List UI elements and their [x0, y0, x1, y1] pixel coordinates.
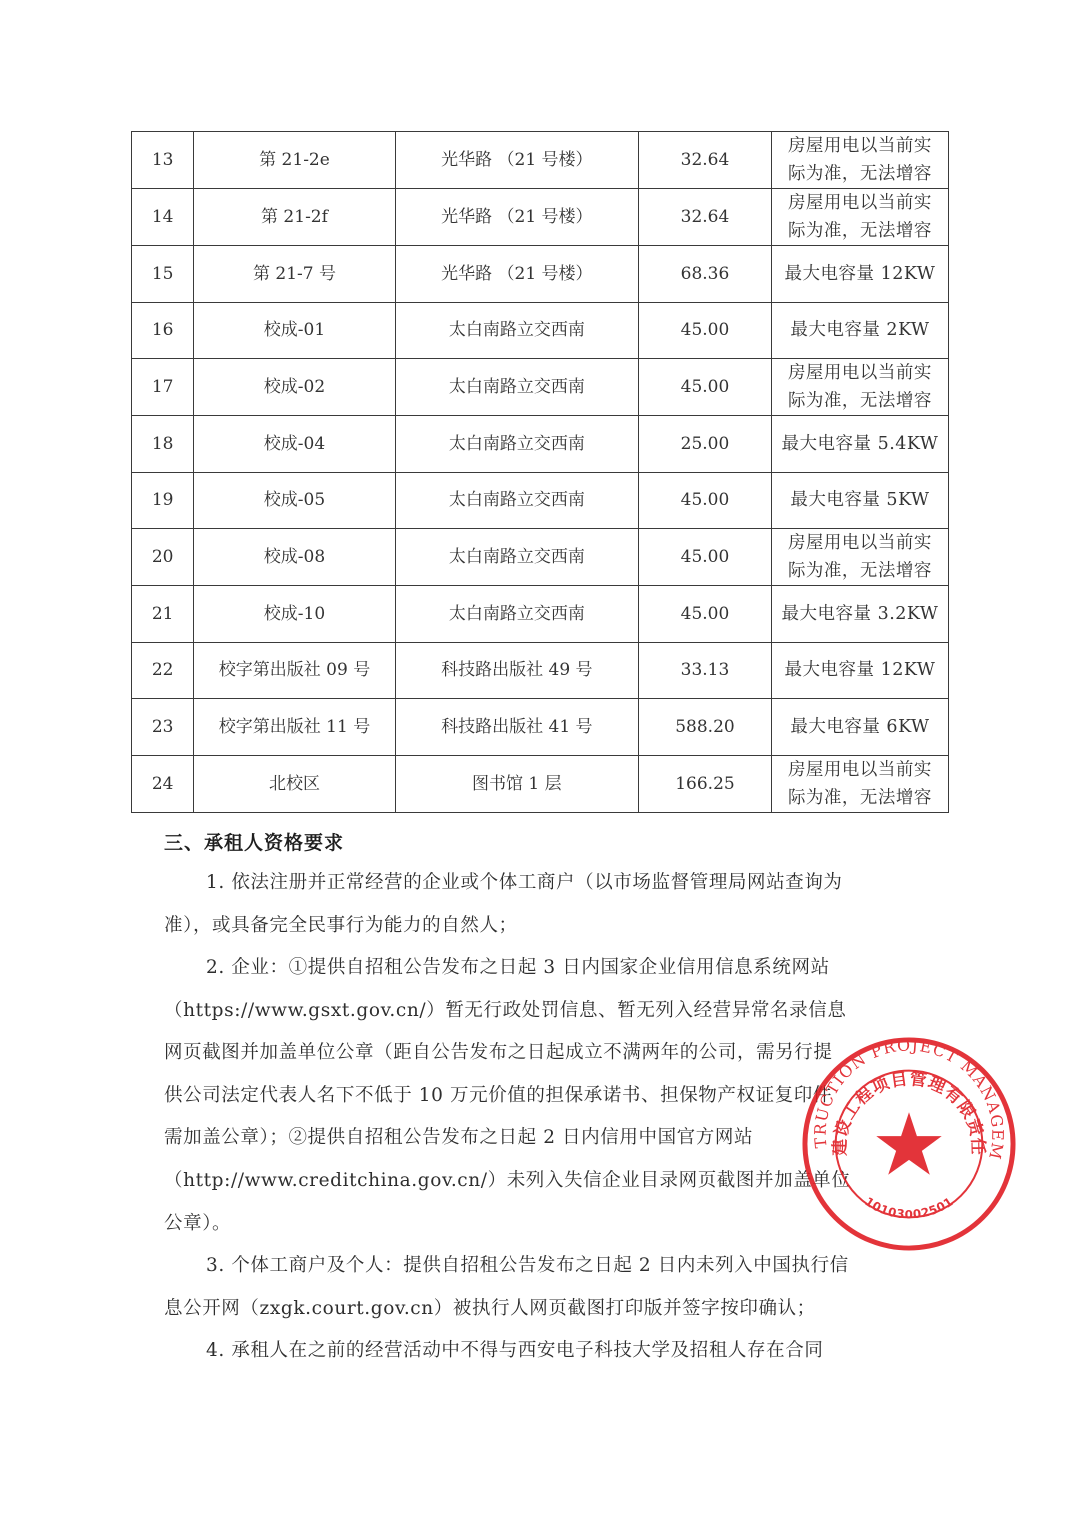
cell-no: 19 [132, 472, 194, 529]
cell-area: 68.36 [639, 246, 772, 303]
table-row: 14第 21-2f光华路 （21 号楼）32.64房屋用电以当前实际为准，无法增… [132, 189, 949, 246]
table-row: 20校成-08太白南路立交西南45.00房屋用电以当前实际为准，无法增容 [132, 529, 949, 586]
text-line: 准），或具备完全民事行为能力的自然人； [164, 905, 924, 948]
cell-power-note: 最大电容量 12KW [771, 642, 948, 699]
cell-area: 166.25 [639, 755, 772, 812]
text-line: （https://www.gsxt.gov.cn/）暂无行政处罚信息、暂无列入经… [164, 990, 924, 1033]
note-line: 最大电容量 2KW [776, 316, 944, 344]
cell-location: 光华路 （21 号楼） [395, 132, 638, 189]
property-table: 13第 21-2e光华路 （21 号楼）32.64房屋用电以当前实际为准，无法增… [131, 131, 949, 813]
cell-name: 校字第出版社 09 号 [194, 642, 395, 699]
cell-no: 16 [132, 302, 194, 359]
note-line: 最大电容量 12KW [776, 260, 944, 288]
cell-no: 23 [132, 699, 194, 756]
cell-name: 校成-10 [194, 586, 395, 643]
requirement-item: 3. 个体工商户及个人：提供自招租公告发布之日起 2 日内未列入中国执行信息公开… [164, 1245, 924, 1330]
table-row: 17校成-02太白南路立交西南45.00房屋用电以当前实际为准，无法增容 [132, 359, 949, 416]
note-line: 际为准，无法增容 [776, 217, 944, 245]
cell-location: 太白南路立交西南 [395, 359, 638, 416]
note-line: 房屋用电以当前实 [776, 529, 944, 557]
cell-no: 14 [132, 189, 194, 246]
requirement-item: 4. 承租人在之前的经营活动中不得与西安电子科技大学及招租人存在合同 [164, 1330, 924, 1373]
cell-location: 图书馆 1 层 [395, 755, 638, 812]
table-row: 21校成-10太白南路立交西南45.00最大电容量 3.2KW [132, 586, 949, 643]
text-line: 1. 依法注册并正常经营的企业或个体工商户（以市场监督管理局网站查询为 [164, 862, 924, 905]
cell-power-note: 房屋用电以当前实际为准，无法增容 [771, 189, 948, 246]
note-line: 最大电容量 12KW [776, 656, 944, 684]
cell-power-note: 房屋用电以当前实际为准，无法增容 [771, 755, 948, 812]
cell-power-note: 最大电容量 5.4KW [771, 416, 948, 473]
cell-name: 校成-04 [194, 416, 395, 473]
cell-location: 太白南路立交西南 [395, 416, 638, 473]
cell-no: 21 [132, 586, 194, 643]
cell-power-note: 房屋用电以当前实际为准，无法增容 [771, 132, 948, 189]
cell-power-note: 最大电容量 12KW [771, 246, 948, 303]
cell-name: 校成-02 [194, 359, 395, 416]
cell-area: 45.00 [639, 472, 772, 529]
cell-area: 45.00 [639, 586, 772, 643]
table-row: 23校字第出版社 11 号科技路出版社 41 号588.20最大电容量 6KW [132, 699, 949, 756]
cell-location: 太白南路立交西南 [395, 586, 638, 643]
cell-name: 北校区 [194, 755, 395, 812]
cell-area: 25.00 [639, 416, 772, 473]
table-row: 18校成-04太白南路立交西南25.00最大电容量 5.4KW [132, 416, 949, 473]
note-line: 际为准，无法增容 [776, 784, 944, 812]
text-line: 息公开网（zxgk.court.gov.cn）被执行人网页截图打印版并签字按印确… [164, 1288, 924, 1331]
table-row: 22校字第出版社 09 号科技路出版社 49 号33.13最大电容量 12KW [132, 642, 949, 699]
cell-name: 第 21-7 号 [194, 246, 395, 303]
document-page: 13第 21-2e光华路 （21 号楼）32.64房屋用电以当前实际为准，无法增… [0, 0, 1080, 1527]
cell-power-note: 房屋用电以当前实际为准，无法增容 [771, 529, 948, 586]
cell-name: 校成-01 [194, 302, 395, 359]
table-row: 13第 21-2e光华路 （21 号楼）32.64房屋用电以当前实际为准，无法增… [132, 132, 949, 189]
cell-name: 校成-08 [194, 529, 395, 586]
note-line: 房屋用电以当前实 [776, 359, 944, 387]
cell-name: 校字第出版社 11 号 [194, 699, 395, 756]
note-line: 最大电容量 3.2KW [776, 600, 944, 628]
cell-area: 32.64 [639, 189, 772, 246]
cell-no: 18 [132, 416, 194, 473]
section-title: 三、承租人资格要求 [164, 828, 344, 855]
note-line: 际为准，无法增容 [776, 160, 944, 188]
cell-location: 科技路出版社 41 号 [395, 699, 638, 756]
cell-name: 第 21-2e [194, 132, 395, 189]
cell-location: 太白南路立交西南 [395, 472, 638, 529]
text-line: 2. 企业：①提供自招租公告发布之日起 3 日内国家企业信用信息系统网站 [164, 947, 924, 990]
cell-no: 15 [132, 246, 194, 303]
table-row: 24北校区图书馆 1 层166.25房屋用电以当前实际为准，无法增容 [132, 755, 949, 812]
note-line: 最大电容量 5KW [776, 486, 944, 514]
note-line: 房屋用电以当前实 [776, 132, 944, 160]
cell-area: 45.00 [639, 302, 772, 359]
note-line: 最大电容量 6KW [776, 713, 944, 741]
cell-no: 20 [132, 529, 194, 586]
cell-location: 太白南路立交西南 [395, 529, 638, 586]
cell-no: 24 [132, 755, 194, 812]
cell-name: 第 21-2f [194, 189, 395, 246]
star-icon [876, 1112, 941, 1174]
note-line: 最大电容量 5.4KW [776, 430, 944, 458]
cell-no: 13 [132, 132, 194, 189]
note-line: 房屋用电以当前实 [776, 756, 944, 784]
cell-power-note: 最大电容量 5KW [771, 472, 948, 529]
cell-power-note: 最大电容量 2KW [771, 302, 948, 359]
note-line: 房屋用电以当前实 [776, 189, 944, 217]
cell-area: 45.00 [639, 359, 772, 416]
cell-power-note: 最大电容量 3.2KW [771, 586, 948, 643]
table-row: 19校成-05太白南路立交西南45.00最大电容量 5KW [132, 472, 949, 529]
cell-area: 45.00 [639, 529, 772, 586]
cell-location: 光华路 （21 号楼） [395, 189, 638, 246]
cell-area: 32.64 [639, 132, 772, 189]
table-row: 16校成-01太白南路立交西南45.00最大电容量 2KW [132, 302, 949, 359]
cell-area: 33.13 [639, 642, 772, 699]
note-line: 际为准，无法增容 [776, 387, 944, 415]
cell-location: 光华路 （21 号楼） [395, 246, 638, 303]
requirement-item: 1. 依法注册并正常经营的企业或个体工商户（以市场监督管理局网站查询为准），或具… [164, 862, 924, 947]
text-line: 4. 承租人在之前的经营活动中不得与西安电子科技大学及招租人存在合同 [164, 1330, 924, 1373]
cell-power-note: 房屋用电以当前实际为准，无法增容 [771, 359, 948, 416]
cell-no: 22 [132, 642, 194, 699]
company-seal-stamp: HUACHI CONSTRUCTION PROJECT MANAGEMENT C… [800, 1035, 1018, 1253]
table-row: 15第 21-7 号光华路 （21 号楼）68.36最大电容量 12KW [132, 246, 949, 303]
cell-location: 科技路出版社 49 号 [395, 642, 638, 699]
note-line: 际为准，无法增容 [776, 557, 944, 585]
cell-name: 校成-05 [194, 472, 395, 529]
cell-no: 17 [132, 359, 194, 416]
cell-power-note: 最大电容量 6KW [771, 699, 948, 756]
cell-location: 太白南路立交西南 [395, 302, 638, 359]
cell-area: 588.20 [639, 699, 772, 756]
